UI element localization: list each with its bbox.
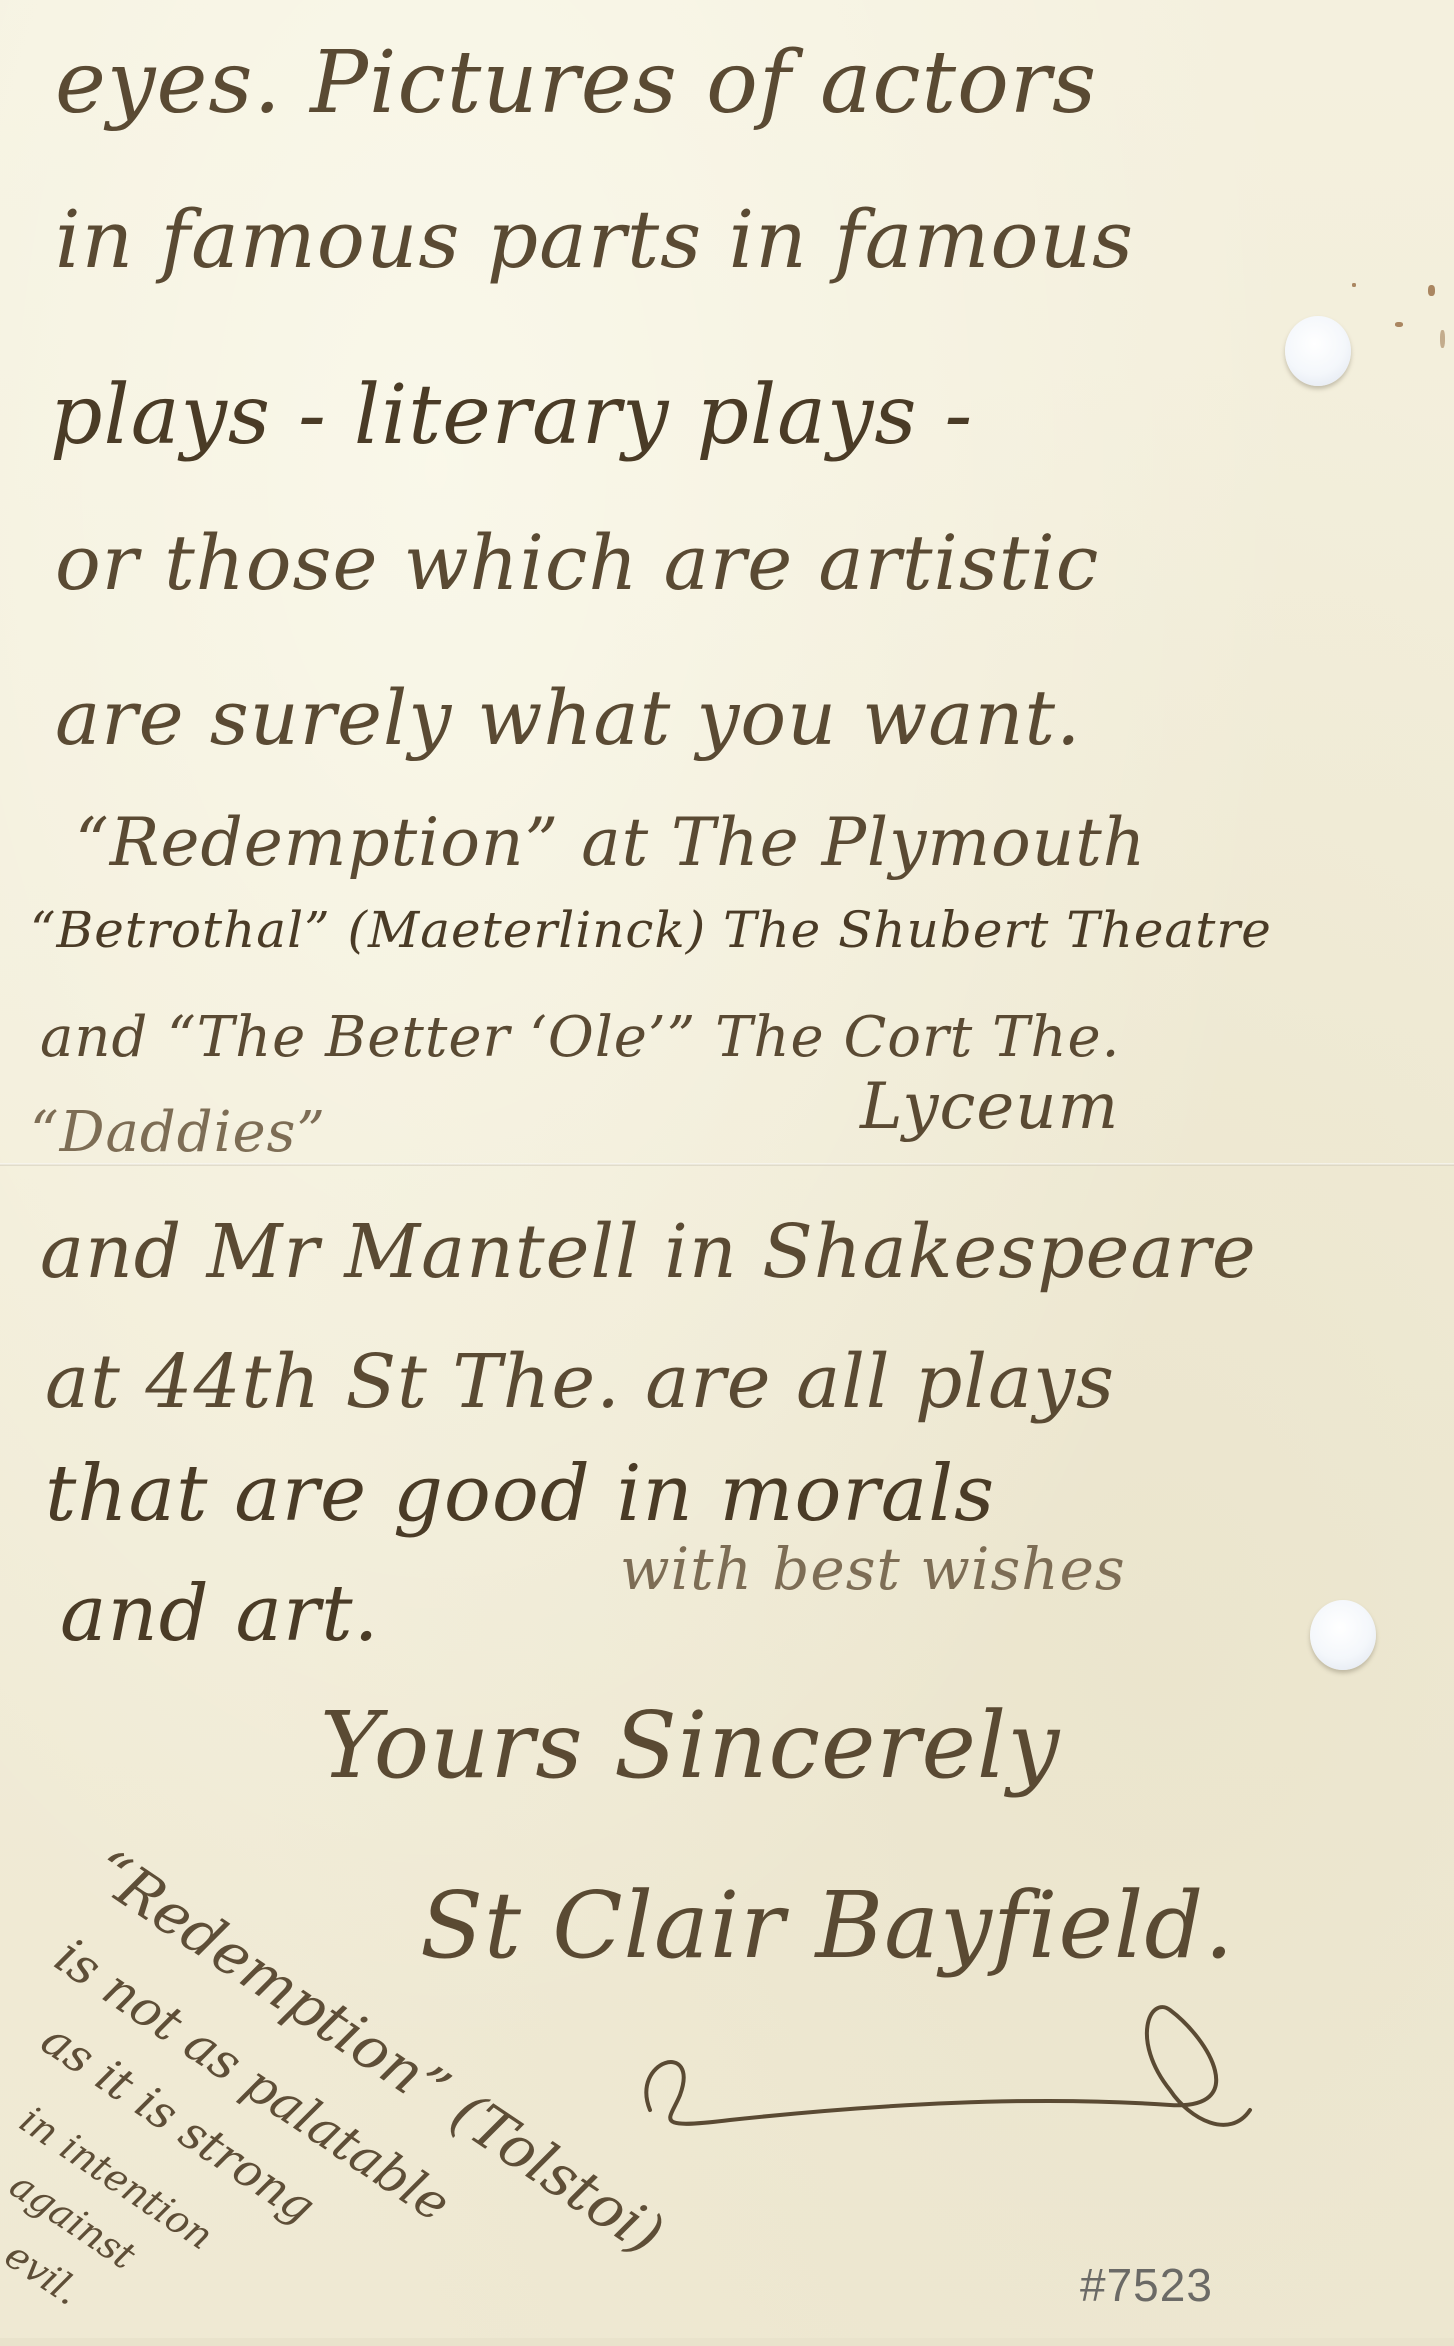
paper-stain [1395,322,1403,327]
letter-line-6: “Redemption” at The Plymouth [75,810,1146,876]
letter-closing: Yours Sincerely [320,1700,1060,1792]
letter-line-1: eyes. Pictures of actors [55,40,1097,126]
letter-line-2: in famous parts in famous [55,200,1134,280]
letter-line-lyceum: Lyceum [860,1075,1119,1139]
paper-stain [1352,283,1356,287]
letter-line-9: “Daddies” [30,1105,326,1161]
letter-line-10: and Mr Mantell in Shakespeare [40,1215,1257,1289]
letter-line-8: and “The Better ‘Ole’” The Cort The. [40,1010,1120,1066]
letter-line-3: plays - literary plays - [50,375,973,457]
signature-flourish [610,2000,1290,2170]
letter-line-7: “Betrothal” (Maeterlinck) The Shubert Th… [30,905,1272,955]
punch-hole-bottom [1310,1600,1376,1670]
letter-line-11: at 44th St The. are all plays [45,1345,1115,1419]
letter-page: eyes. Pictures of actors in famous parts… [0,0,1454,2346]
archive-number: #7523 [1080,2258,1213,2312]
letter-line-best-wishes: with best wishes [620,1540,1126,1598]
punch-hole-top [1285,316,1351,386]
letter-line-12: that are good in morals [45,1455,995,1533]
paper-bottom-edge [0,2338,1454,2346]
paper-stain [1428,285,1435,296]
letter-line-5: are surely what you want. [55,680,1081,756]
letter-line-4: or those which are artistic [55,525,1099,601]
paper-stain [1440,330,1445,348]
letter-signature: St Clair Bayfield. [420,1880,1234,1972]
letter-line-13: and art. [60,1575,379,1653]
